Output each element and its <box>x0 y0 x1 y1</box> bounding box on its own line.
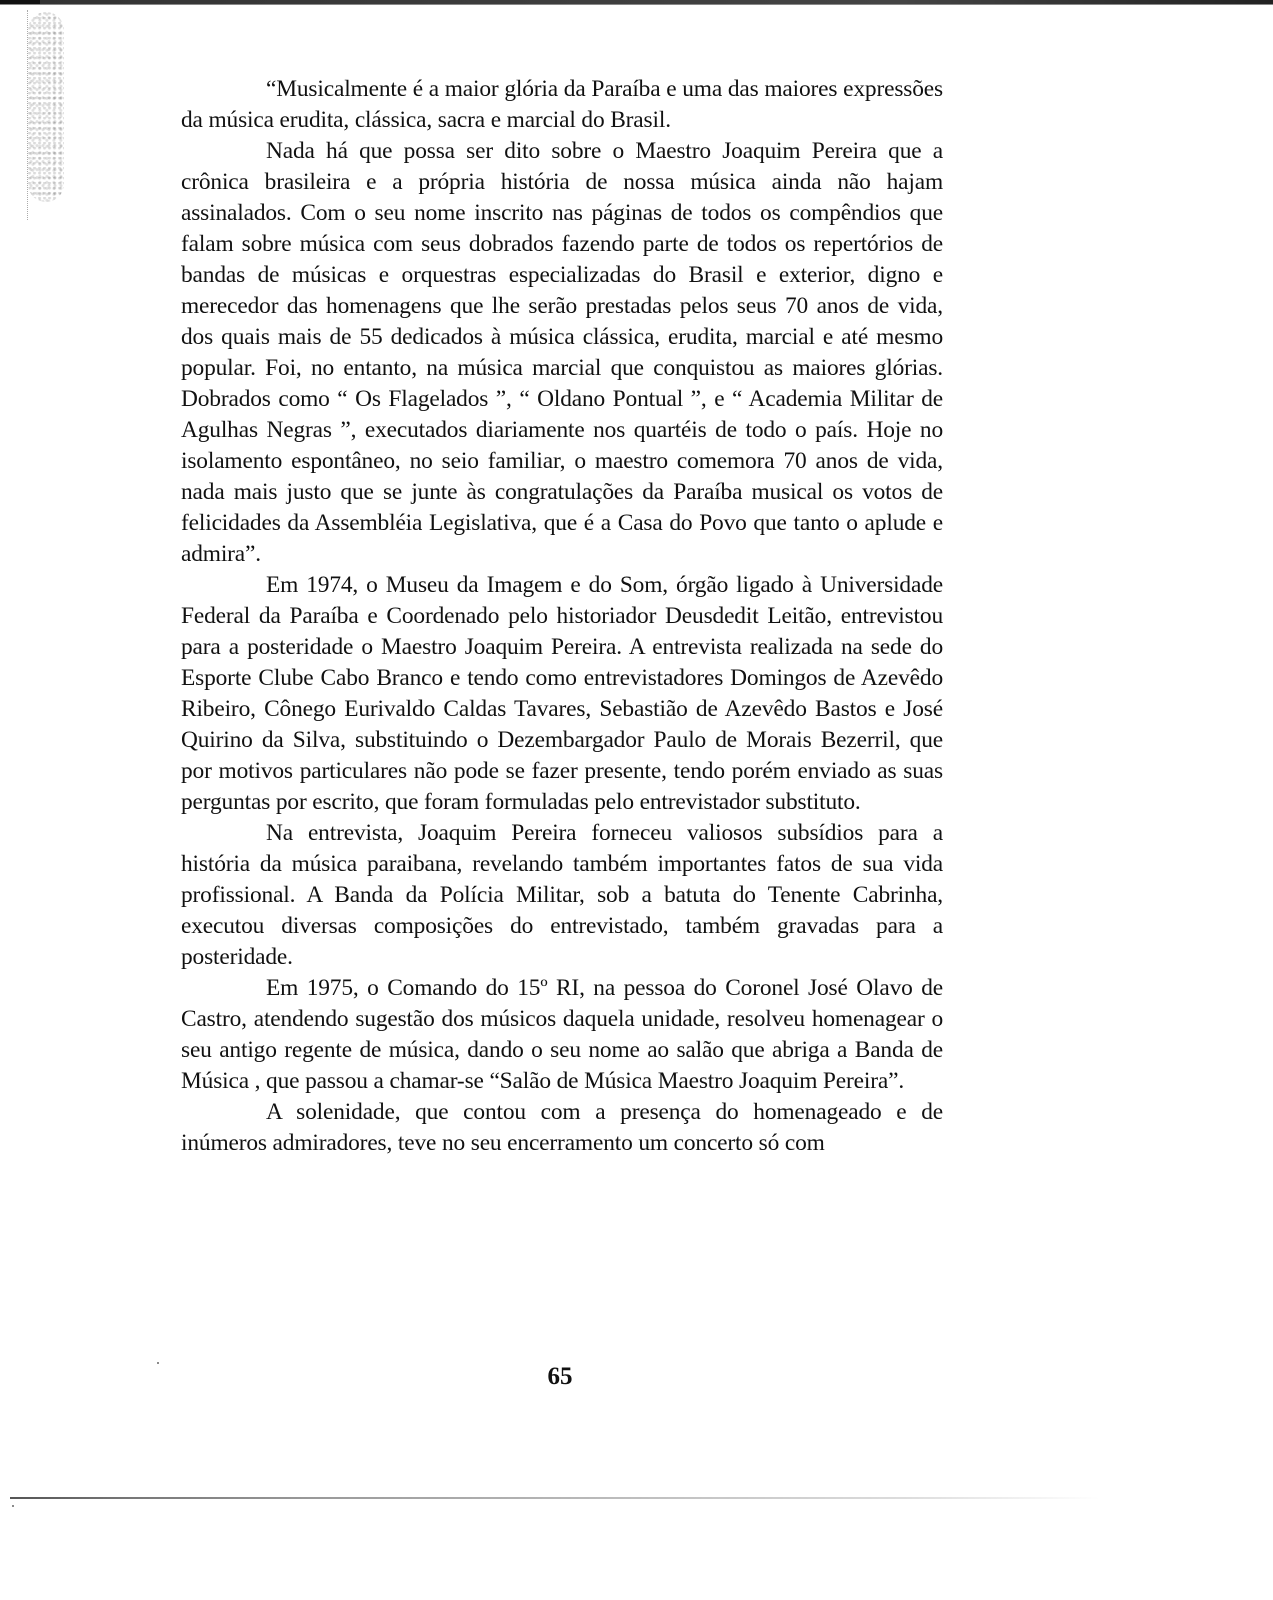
scan-binding-shadow <box>28 12 64 202</box>
paragraph-1974-interview: Em 1974, o Museu da Imagem e do Som, órg… <box>181 570 943 818</box>
scan-bottom-border <box>10 1497 1100 1499</box>
scan-top-border-thin <box>0 4 1273 5</box>
page-number: 65 <box>0 1363 1120 1391</box>
scan-speck <box>12 1505 14 1507</box>
paragraph-tribute: Nada há que possa ser dito sobre o Maest… <box>181 136 943 570</box>
paragraph-ceremony: A solenidade, que contou com a presença … <box>181 1097 943 1159</box>
scan-speck <box>157 1362 159 1364</box>
paragraph-interview-details: Na entrevista, Joaquim Pereira forneceu … <box>181 818 943 973</box>
document-body: “Musicalmente é a maior glória da Paraíb… <box>181 74 943 1159</box>
paragraph-quote-intro: “Musicalmente é a maior glória da Paraíb… <box>181 74 943 136</box>
paragraph-1975-homage: Em 1975, o Comando do 15º RI, na pessoa … <box>181 973 943 1097</box>
